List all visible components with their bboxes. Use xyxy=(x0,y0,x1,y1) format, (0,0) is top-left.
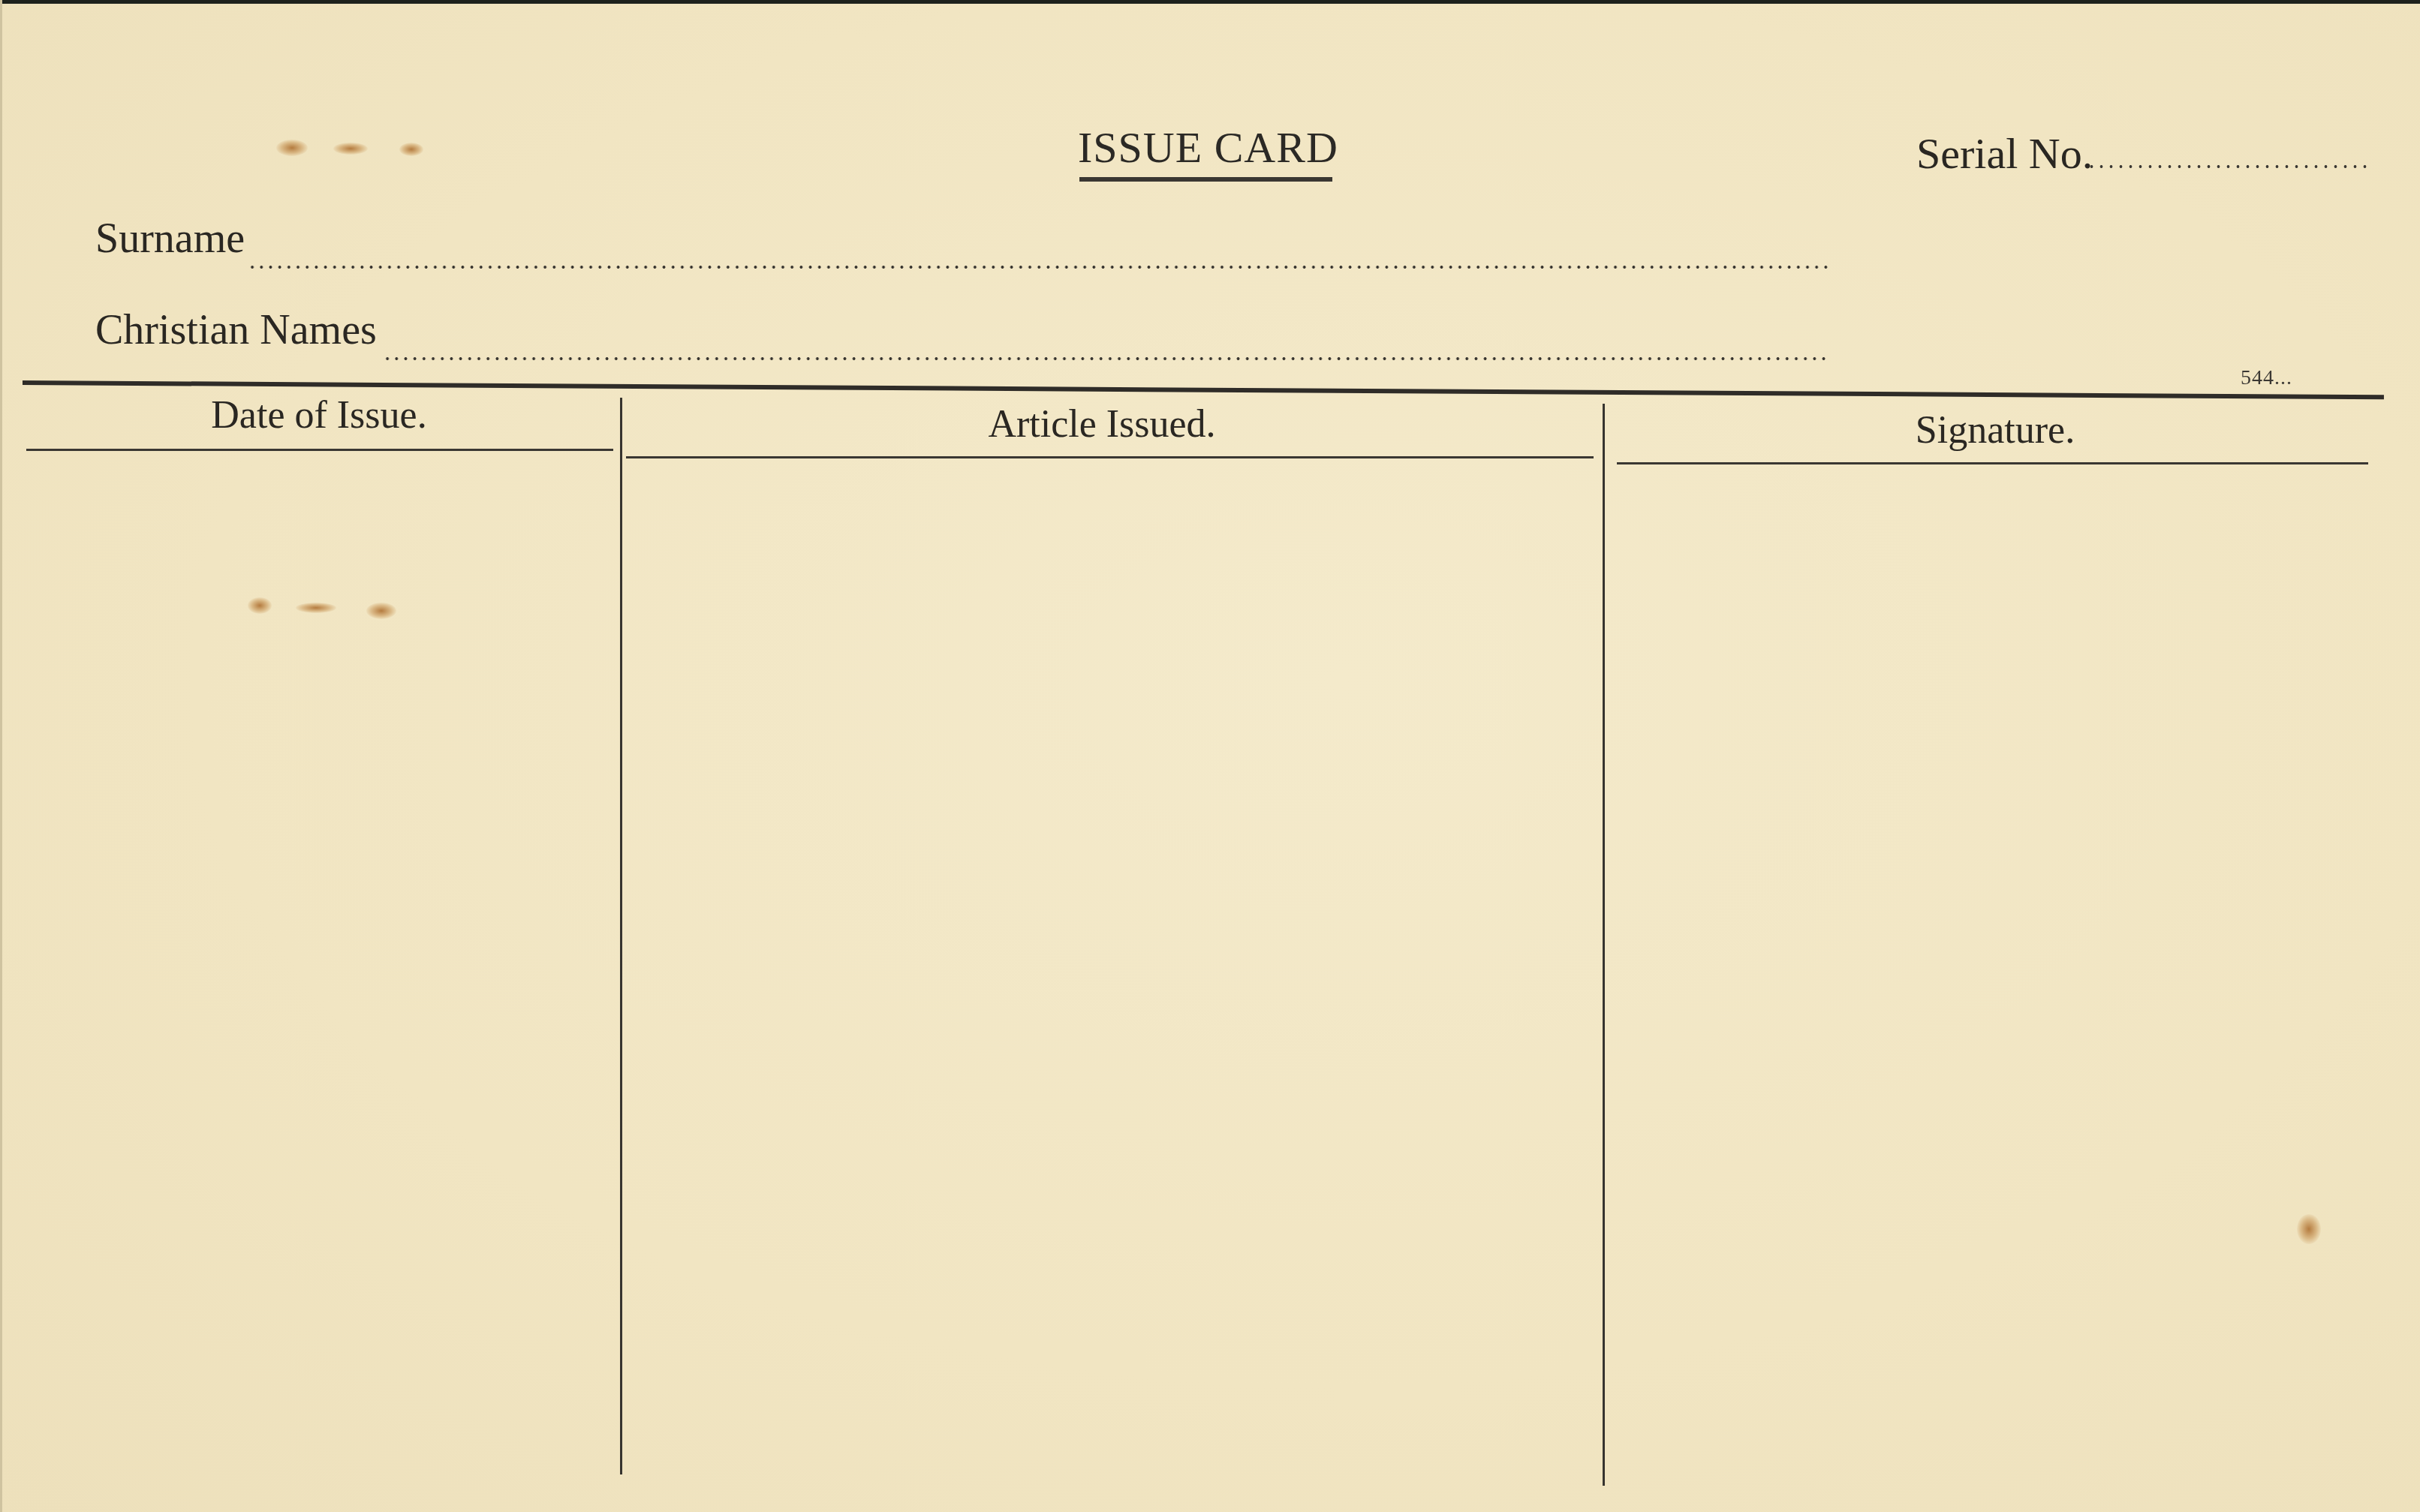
rust-stain-mark xyxy=(333,143,368,155)
christian-names-label: Christian Names xyxy=(95,309,377,351)
serial-number-field[interactable] xyxy=(2087,165,2372,168)
signature-column[interactable] xyxy=(1608,473,2366,1486)
surname-field[interactable] xyxy=(248,266,1829,269)
article-issued-column[interactable] xyxy=(625,469,1600,1482)
column-header-underline xyxy=(1617,462,2368,464)
date-of-issue-column[interactable] xyxy=(26,465,616,1471)
christian-names-field[interactable] xyxy=(383,357,1829,360)
column-header-signature: Signature. xyxy=(1916,411,2075,450)
column-header-underline xyxy=(26,449,613,451)
rust-stain-mark xyxy=(276,140,308,156)
column-header-article-issued: Article Issued. xyxy=(988,405,1215,444)
title-underline xyxy=(1079,177,1332,182)
form-number: 544... xyxy=(2241,368,2292,389)
column-divider xyxy=(1603,404,1605,1486)
column-divider xyxy=(620,398,622,1474)
column-header-date-of-issue: Date of Issue. xyxy=(211,396,426,435)
rust-stain-mark xyxy=(399,143,423,156)
card-title: ISSUE CARD xyxy=(1078,126,1338,170)
surname-label: Surname xyxy=(95,218,245,260)
serial-number-label: Serial No. xyxy=(1916,132,2093,176)
scan-left-edge xyxy=(0,0,2,1512)
issue-card: ISSUE CARD Serial No. Surname Christian … xyxy=(0,0,2420,1512)
column-header-underline xyxy=(626,456,1594,458)
scan-top-edge xyxy=(0,0,2420,4)
